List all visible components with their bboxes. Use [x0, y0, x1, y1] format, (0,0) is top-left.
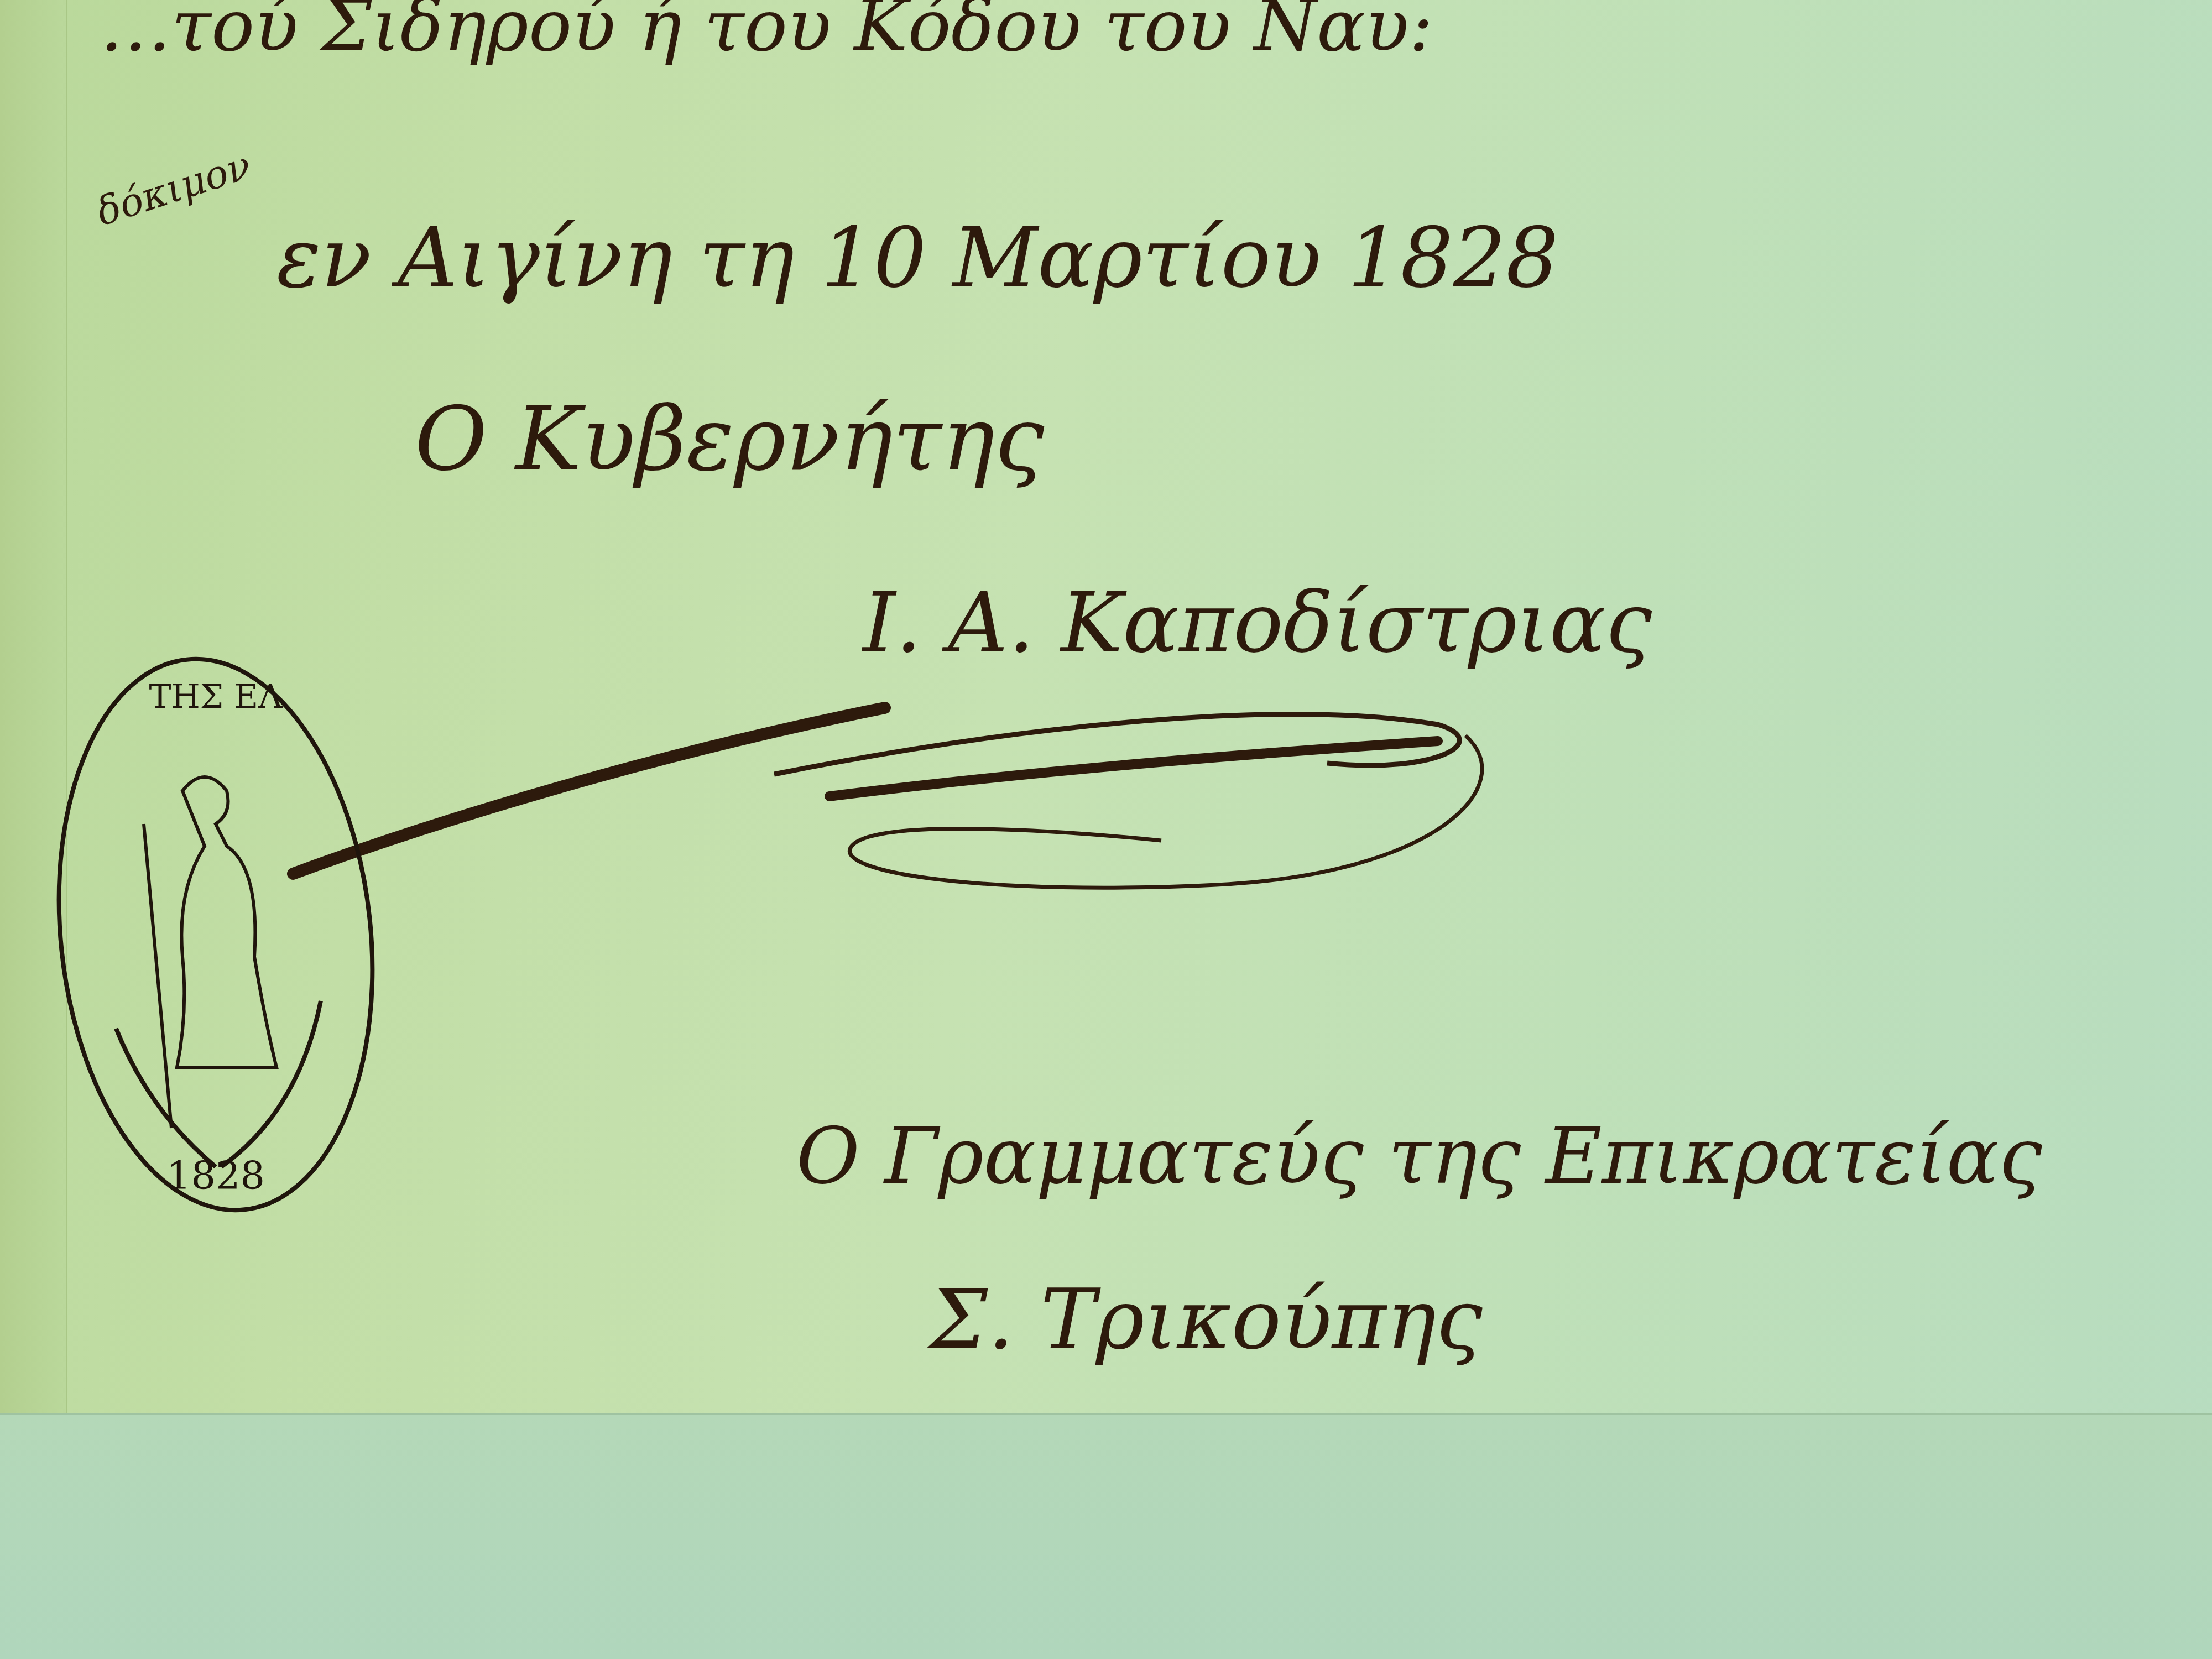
seal-athena-icon: ΤΗΣ ΕΛ 1828	[33, 641, 393, 1222]
document-page: …τού Σιδηρού ή του Κόδου του Ναυ: δόκιμο…	[0, 0, 2212, 1659]
signatory-name: Ι. Α. Καποδίστριας	[863, 575, 1652, 671]
signatory-title: Ο Κυβερνήτης	[415, 387, 1044, 491]
svg-text:1828: 1828	[166, 1153, 265, 1198]
secretary-title: Ο Γραμματεύς της Επικρατείας	[796, 1112, 2042, 1202]
bottom-fold	[0, 1413, 2212, 1659]
official-seal: ΤΗΣ ΕΛ 1828	[33, 641, 393, 1222]
secretary-name: Σ. Τρικούπης	[929, 1272, 1483, 1368]
top-text-line: …τού Σιδηρού ή του Κόδου του Ναυ:	[100, 0, 1433, 67]
place-date: εν Αιγίνη τη 10 Μαρτίου 1828	[276, 210, 1559, 306]
margin-note: δόκιμον	[91, 143, 256, 235]
signature-flourish-icon	[276, 664, 1548, 912]
svg-text:ΤΗΣ ΕΛ: ΤΗΣ ΕΛ	[149, 677, 283, 716]
